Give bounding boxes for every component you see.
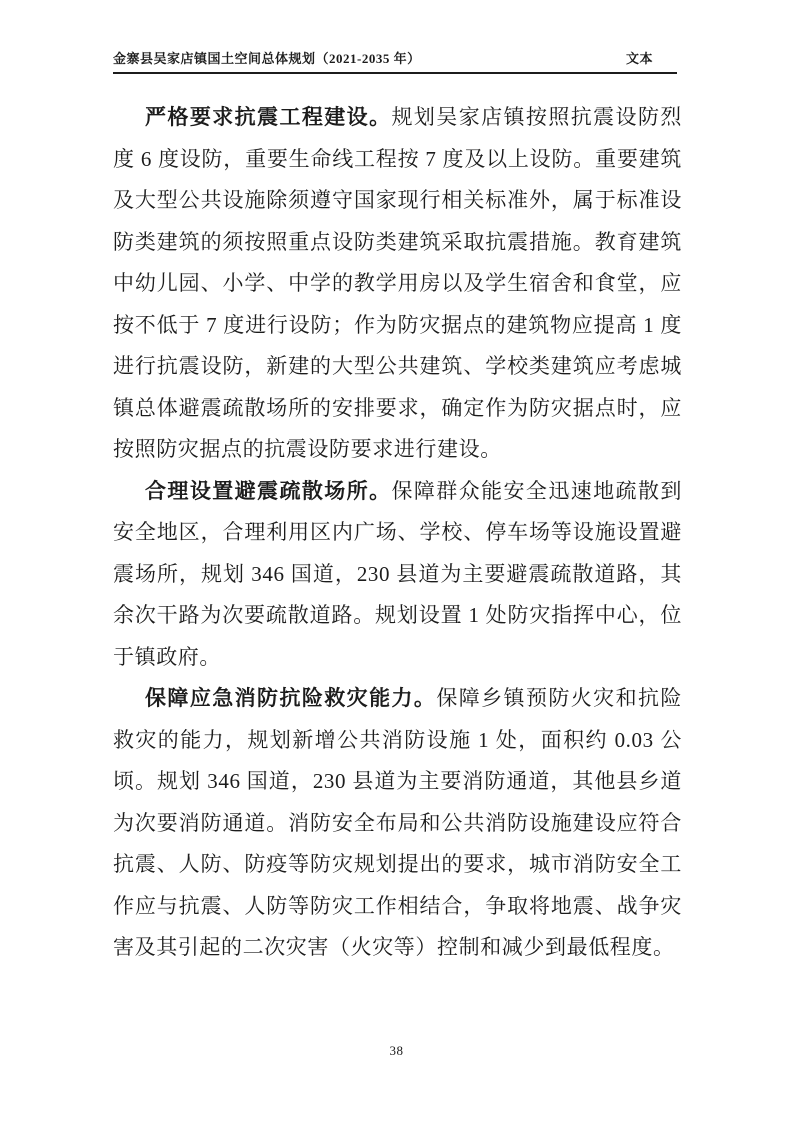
document-body: 严格要求抗震工程建设。规划吴家店镇按照抗震设防烈度 6 度设防，重要生命线工程按… <box>113 97 682 969</box>
para-seismic-engineering-text: 规划吴家店镇按照抗震设防烈度 6 度设防，重要生命线工程按 7 度及以上设防。重… <box>113 105 682 461</box>
para-evacuation-sites-lead: 合理设置避震疏散场所。 <box>145 479 391 503</box>
para-evacuation-sites: 合理设置避震疏散场所。保障群众能安全迅速地疏散到安全地区，合理利用区内广场、学校… <box>113 471 682 679</box>
para-fire-rescue: 保障应急消防抗险救灾能力。保障乡镇预防火灾和抗险救灾的能力，规划新增公共消防设施… <box>113 678 682 969</box>
document-page: 金寨县吴家店镇国土空间总体规划（2021-2035 年） 文本 严格要求抗震工程… <box>0 0 793 1122</box>
header-title: 金寨县吴家店镇国土空间总体规划（2021-2035 年） <box>113 48 421 67</box>
para-seismic-engineering: 严格要求抗震工程建设。规划吴家店镇按照抗震设防烈度 6 度设防，重要生命线工程按… <box>113 97 682 471</box>
page-number: 38 <box>390 1043 404 1058</box>
para-fire-rescue-lead: 保障应急消防抗险救灾能力。 <box>145 686 436 710</box>
para-evacuation-sites-text: 保障群众能安全迅速地疏散到安全地区，合理利用区内广场、学校、停车场等设施设置避震… <box>113 479 682 669</box>
para-fire-rescue-text: 保障乡镇预防火灾和抗险救灾的能力，规划新增公共消防设施 1 处，面积约 0.03… <box>113 686 682 959</box>
para-seismic-engineering-lead: 严格要求抗震工程建设。 <box>145 105 391 129</box>
page-footer: 38 <box>0 1043 793 1059</box>
header-doc-type: 文本 <box>626 48 677 67</box>
running-header: 金寨县吴家店镇国土空间总体规划（2021-2035 年） 文本 <box>113 48 677 74</box>
